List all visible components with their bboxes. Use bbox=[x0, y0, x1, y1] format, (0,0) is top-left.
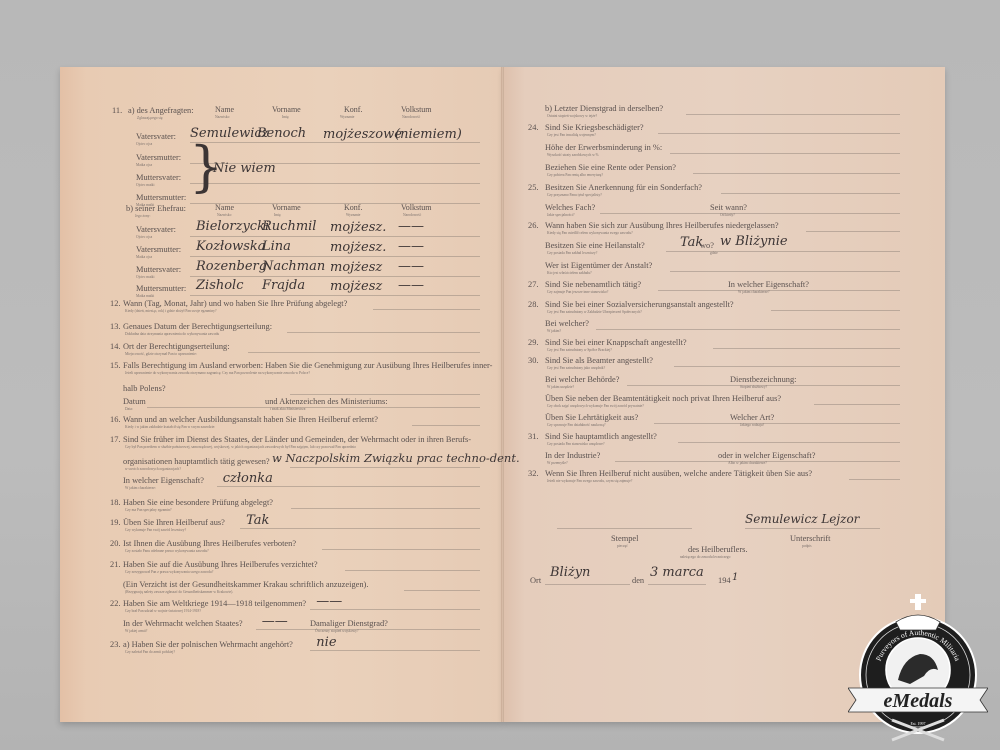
ancestor-label: Vatersmutter: bbox=[136, 154, 181, 162]
question-text: Haben Sie auf die Ausübung Ihres Heilber… bbox=[123, 561, 318, 569]
question-sub: Czy brał Pan udział w wojnie światowej 1… bbox=[125, 610, 201, 614]
question-text: Bei welcher Behörde? bbox=[545, 376, 619, 384]
ancestor-vorname: Benoch bbox=[257, 127, 306, 140]
fill-line[interactable] bbox=[678, 442, 900, 443]
question-answer: Tak bbox=[246, 514, 269, 527]
question-text-2: Dienstbezeichnung: bbox=[730, 376, 797, 384]
q11a-label: a) des Angefragten: bbox=[128, 107, 194, 115]
stamp-sub: pieczęć bbox=[617, 545, 628, 549]
question-sub-cont: w swoich zawodowych organizacjach? bbox=[125, 468, 181, 472]
fill-line[interactable] bbox=[248, 352, 480, 353]
stamp-line[interactable] bbox=[557, 528, 692, 529]
question-text-cont: organisationen hauptamtlich tätig gewese… bbox=[123, 458, 270, 466]
logo-brand: eMedals bbox=[884, 690, 953, 712]
wife-ancestor-name: Kozłowska bbox=[196, 240, 266, 253]
fill-line[interactable] bbox=[373, 309, 480, 310]
col-sub: Narodowość bbox=[403, 214, 421, 218]
fill-line[interactable] bbox=[658, 133, 900, 134]
col-vorname: Vorname bbox=[272, 106, 301, 114]
question-text: Beziehen Sie eine Rente oder Pension? bbox=[545, 164, 676, 172]
question-sub: Kiedy (dzień, miesiąc, rok) i gdzie złoż… bbox=[125, 310, 217, 314]
col-name-sub: Nazwisko bbox=[215, 116, 229, 120]
question-sub: Czy posiada Pan stanowisko urzędowe? bbox=[547, 443, 605, 447]
question-text: Ist Ihnen die Ausübung Ihres Heilberufes… bbox=[123, 540, 296, 548]
q11a-sub: Zglaszającego się bbox=[137, 117, 162, 121]
question-text-2: Welcher Art? bbox=[730, 414, 774, 422]
date-label: den bbox=[632, 577, 644, 585]
question-text: Genaues Datum der Berechtigungserteilung… bbox=[123, 323, 272, 331]
place-label: Ort bbox=[530, 577, 541, 585]
question-text-2: Damaliger Dienstgrad? bbox=[310, 620, 388, 628]
question-sub: Czy jest Pan zatrudniony w Spółce Bracki… bbox=[547, 349, 612, 353]
fill-line[interactable] bbox=[291, 508, 480, 509]
question-text: Ort der Berechtigungserteilung: bbox=[123, 343, 230, 351]
question-text: Haben Sie am Weltkriege 1914—1918 teilge… bbox=[123, 600, 306, 608]
question-sub-2: W jakim charakterze? bbox=[738, 291, 769, 295]
ancestor-sub: Ojciec matki bbox=[136, 184, 154, 188]
question-sub-2: Stopień służbowy? bbox=[740, 386, 767, 390]
fill-line[interactable] bbox=[658, 290, 900, 291]
question-answer: —— bbox=[262, 615, 288, 628]
question-sub-2: i znak akta Ministerstwa: bbox=[270, 408, 306, 412]
question-text: Wann haben Sie sich zur Ausübung Ihres H… bbox=[545, 222, 779, 230]
q11-number: 11. bbox=[112, 107, 122, 115]
fill-line[interactable] bbox=[771, 310, 900, 311]
col-header: Name bbox=[215, 204, 234, 212]
question-number: 24. bbox=[528, 124, 538, 132]
wife-ancestor-sub: Ojciec ojca bbox=[136, 236, 152, 240]
fill-line[interactable] bbox=[849, 479, 900, 480]
fill-line[interactable] bbox=[240, 528, 480, 529]
question-sub: Czy jest Pan zatrudniony jako urzędnik? bbox=[547, 367, 605, 371]
question-sub: Czy jest Pan inwalidą wojennym? bbox=[547, 134, 596, 138]
question-sub-2: gdzie bbox=[710, 252, 718, 256]
question-sub: Czy należał Pan do armii polskiej? bbox=[125, 651, 175, 655]
question-sub: Czy jest Pan zatrudniony w Zakładzie Ube… bbox=[547, 311, 642, 315]
question-text: Bei welcher? bbox=[545, 320, 589, 328]
fill-line[interactable] bbox=[670, 153, 900, 154]
question-text: Üben Sie Ihren Heilberuf aus? bbox=[123, 519, 225, 527]
question-sub: W jakim urzędzie? bbox=[547, 386, 574, 390]
question-text: Datum bbox=[123, 398, 146, 406]
wife-ancestor-volkstum: —— bbox=[398, 220, 424, 233]
question-text: Welches Fach? bbox=[545, 204, 595, 212]
question-text: Wer ist Eigentümer der Anstalt? bbox=[545, 262, 652, 270]
question-sub: Ostatni stopień wojskowy w tejże? bbox=[547, 115, 597, 119]
wife-ancestor-konf: mojżesz. bbox=[330, 221, 386, 234]
wife-ancestor-sub: Ojciec matki bbox=[136, 276, 154, 280]
question-sub: Czy pobiera Pan rentę albo emeryturę? bbox=[547, 174, 603, 178]
fill-line[interactable] bbox=[322, 549, 480, 550]
question-sub-2: Ówczesny stopień wojskowy? bbox=[315, 630, 359, 634]
fill-line[interactable] bbox=[310, 650, 480, 651]
question-number: 31. bbox=[528, 433, 538, 441]
question-number: 15. bbox=[110, 362, 120, 370]
question-number: 21. bbox=[110, 561, 120, 569]
question-text: Sind Sie bei einer Knappschaft angestell… bbox=[545, 339, 687, 347]
fill-line[interactable] bbox=[310, 609, 480, 610]
question-sub: Jeżeli uprawnienie do wykonywania zawodu… bbox=[125, 372, 310, 376]
question-sub: W przemyśle? bbox=[547, 462, 568, 466]
question-sub: Dokładna data otrzymania uprawnienia do … bbox=[125, 333, 219, 337]
question-sub: Czy obok zajęć urzędowych wykonuje Pan s… bbox=[547, 405, 644, 409]
question-sub: Czy zajmuje Pan jeszcze inne stanowisko? bbox=[547, 291, 608, 295]
wife-ancestor-konf: mojżesz bbox=[330, 280, 382, 293]
question-text: Sind Sie bei einer Sozialversicherungsan… bbox=[545, 301, 734, 309]
question-sub: Czy posiada Pan zakład leczniczy? bbox=[547, 252, 597, 256]
question-number: 22. bbox=[110, 600, 120, 608]
question-number: 14. bbox=[110, 343, 120, 351]
col-header: Konf. bbox=[344, 204, 362, 212]
wife-ancestor-vorname: Frajda bbox=[262, 279, 305, 292]
question-sub: Czy wykonuje Pan swój zawód leczniczy? bbox=[125, 529, 186, 533]
fill-line[interactable] bbox=[190, 295, 480, 296]
question-sub: Jakie specjalności? bbox=[547, 214, 574, 218]
wife-ancestor-konf: mojżesz bbox=[330, 261, 382, 274]
wife-ancestor-volkstum: —— bbox=[398, 279, 424, 292]
signature-label: Unterschrift bbox=[790, 535, 830, 543]
question-answer: członka bbox=[223, 472, 273, 485]
wife-ancestor-konf: mojżesz. bbox=[330, 241, 386, 254]
question-number: 12. bbox=[110, 300, 120, 308]
question-sub: Kiedy się Pan osiedlił celem wykonywania… bbox=[547, 232, 633, 236]
question-number: 32. bbox=[528, 470, 538, 478]
fill-line[interactable] bbox=[666, 251, 900, 252]
fill-line[interactable] bbox=[670, 271, 900, 272]
question-number: 30. bbox=[528, 357, 538, 365]
fill-line[interactable] bbox=[814, 404, 900, 405]
q11b-sub: Jego żony: bbox=[135, 215, 150, 219]
question-text-cont: halb Polens? bbox=[123, 385, 166, 393]
question-number: 28. bbox=[528, 301, 538, 309]
question-text: a) Haben Sie der polnischen Wehrmacht an… bbox=[123, 641, 293, 649]
question-text: Sind Sie als Beamter angestellt? bbox=[545, 357, 653, 365]
q11b-label: b) seiner Ehefrau: bbox=[126, 205, 186, 213]
col-sub: Nazwisko bbox=[217, 214, 231, 218]
question-sub-2: Albo w jakim charakterze? bbox=[728, 462, 767, 466]
question-text: Höhe der Erwerbsminderung in %: bbox=[545, 144, 662, 152]
question-number: 17. bbox=[110, 436, 120, 444]
fill-line[interactable] bbox=[674, 366, 900, 367]
question-sub: Czy zrezygnował Pan z prawa wykonywania … bbox=[125, 571, 213, 575]
wife-ancestor-vorname: Nachman bbox=[262, 260, 325, 273]
question-answer: —— bbox=[316, 595, 342, 608]
year-prefix: 194 bbox=[718, 577, 731, 585]
date-value: 3 marca bbox=[650, 566, 704, 579]
question-text: (Ein Verzicht ist der Gesundheitskammer … bbox=[123, 581, 368, 589]
col-header: Vorname bbox=[272, 204, 301, 212]
question-number: 29. bbox=[528, 339, 538, 347]
question-text-2: Seit wann? bbox=[710, 204, 747, 212]
question-sub-2: Od kiedy? bbox=[720, 214, 735, 218]
question-sub: Jeżeli nie wykonuje Pan swego zawodu, cz… bbox=[547, 480, 632, 484]
question-text-2: In welcher Eigenschaft? bbox=[728, 281, 809, 289]
fill-line[interactable] bbox=[721, 193, 900, 194]
question-sub: Czy zostało Panu odebrane prawo wykonywa… bbox=[125, 550, 209, 554]
wife-ancestor-volkstum: —— bbox=[398, 240, 424, 253]
question-text: In der Industrie? bbox=[545, 452, 600, 460]
question-text: Sind Sie Kriegsbeschädigter? bbox=[545, 124, 644, 132]
question-sub: Czy przyznano Panu tytuł specjalisty? bbox=[547, 194, 602, 198]
fill-line[interactable] bbox=[217, 486, 480, 487]
ancestor-label: Muttersmutter: bbox=[136, 194, 186, 202]
question-text: Besitzen Sie Anerkennung für ein Sonderf… bbox=[545, 184, 702, 192]
fill-line[interactable] bbox=[713, 348, 900, 349]
question-number: 26. bbox=[528, 222, 538, 230]
fill-line[interactable] bbox=[686, 114, 901, 115]
bracket-note: Nie wiem bbox=[213, 162, 276, 175]
question-number: 23. bbox=[110, 641, 120, 649]
fill-line[interactable] bbox=[287, 332, 480, 333]
question-number: 27. bbox=[528, 281, 538, 289]
question-text: Sind Sie hauptamtlich angestellt? bbox=[545, 433, 657, 441]
question-text: b) Letzter Dienstgrad in derselben? bbox=[545, 105, 663, 113]
wife-ancestor-label: Vatersmutter: bbox=[136, 246, 181, 254]
fill-line[interactable] bbox=[693, 173, 900, 174]
profession-label: des Heilberuflers. bbox=[688, 546, 748, 554]
question-text: In der Wehrmacht welchen Staates? bbox=[123, 620, 243, 628]
col-volkstum-sub: Narodowość bbox=[402, 116, 420, 120]
fill-line[interactable] bbox=[190, 142, 480, 143]
logo-est: Est. 1997 bbox=[910, 721, 925, 726]
question-text: In welcher Eigenschaft? bbox=[123, 477, 204, 485]
question-sub: Data: bbox=[125, 408, 133, 412]
emedals-logo: eMedals Est. 1997 Purveyors of Authentic… bbox=[848, 580, 988, 745]
fill-line[interactable] bbox=[190, 183, 480, 184]
wife-ancestor-volkstum: —— bbox=[398, 260, 424, 273]
fill-line[interactable] bbox=[190, 236, 480, 237]
question-text-2: und Aktenzeichen des Ministeriums: bbox=[265, 398, 388, 406]
ancestor-konf: mojżeszowe bbox=[323, 128, 402, 141]
wife-ancestor-label: Muttersmutter: bbox=[136, 285, 186, 293]
date-line[interactable] bbox=[648, 584, 706, 585]
ancestor-sub: Matka ojca bbox=[136, 164, 152, 168]
question-answer-2: w Bliżynie bbox=[720, 235, 788, 248]
wife-ancestor-label: Vatersvater: bbox=[136, 226, 176, 234]
wife-ancestor-vorname: Lina bbox=[262, 240, 291, 253]
question-text: Wenn Sie Ihren Heilberuf nicht ausüben, … bbox=[545, 470, 812, 478]
question-sub: W jakiej armii? bbox=[125, 630, 147, 634]
col-vorname-sub: Imię bbox=[282, 116, 289, 120]
fill-line[interactable] bbox=[596, 329, 900, 330]
book-spine bbox=[501, 67, 504, 722]
fill-line[interactable] bbox=[404, 590, 480, 591]
stamp-label: Stempel bbox=[611, 535, 638, 543]
question-sub: Miejscowość, gdzie otrzymał Pan to upraw… bbox=[125, 353, 197, 357]
wife-ancestor-vorname: Ruchmil bbox=[262, 220, 316, 233]
question-number: 16. bbox=[110, 416, 120, 424]
question-sub: Czy ma Pan specjalny egzamin? bbox=[125, 509, 172, 513]
question-text: Sind Sie nebenamtlich tätig? bbox=[545, 281, 641, 289]
question-sub: Czy sprawuje Pan działalność naukową? bbox=[547, 424, 605, 428]
signature-line[interactable] bbox=[745, 528, 880, 529]
question-sub: (Rezygnację należy zawsze zgłaszać do Ge… bbox=[125, 591, 233, 595]
col-name: Name bbox=[215, 106, 234, 114]
question-number: 20. bbox=[110, 540, 120, 548]
col-konf-sub: Wyznanie bbox=[340, 116, 354, 120]
fill-line[interactable] bbox=[654, 423, 900, 424]
question-number: 25. bbox=[528, 184, 538, 192]
col-konf: Konf. bbox=[344, 106, 362, 114]
fill-line[interactable] bbox=[256, 629, 480, 630]
question-sub: W jakim charakterze: bbox=[125, 487, 156, 491]
place-line[interactable] bbox=[545, 584, 630, 585]
wife-ancestor-label: Muttersvater: bbox=[136, 266, 181, 274]
question-sub: Czy był Pan przedtem w służbie państwowe… bbox=[125, 446, 356, 450]
fill-line[interactable] bbox=[600, 213, 900, 214]
fill-line[interactable] bbox=[147, 407, 481, 408]
question-text-2: wo? bbox=[700, 242, 714, 250]
col-volkstum: Volkstum bbox=[401, 106, 432, 114]
fill-line[interactable] bbox=[190, 276, 480, 277]
ancestor-sub: Ojciec ojca bbox=[136, 143, 152, 147]
wife-ancestor-name: Zisholc bbox=[196, 279, 244, 292]
question-text: Haben Sie eine besondere Prüfung abgeleg… bbox=[123, 499, 273, 507]
question-text: Wann (Tag, Monat, Jahr) und wo haben Sie… bbox=[123, 300, 347, 308]
question-text: Besitzen Sie eine Heilanstalt? bbox=[545, 242, 645, 250]
question-text: Wann und an welcher Ausbildungsanstalt h… bbox=[123, 416, 378, 424]
ancestor-label: Vatersvater: bbox=[136, 133, 176, 141]
ancestor-label: Muttersvater: bbox=[136, 174, 181, 182]
fill-line[interactable] bbox=[190, 256, 480, 257]
question-text: Falls Berechtigung im Ausland erworben: … bbox=[123, 362, 492, 370]
question-sub: Kiedy i w jakim zakładzie kształcił się … bbox=[125, 426, 215, 430]
question-answer: nie bbox=[316, 636, 336, 649]
wife-ancestor-sub: Matka ojca bbox=[136, 256, 152, 260]
signature-sub: podpis bbox=[802, 545, 812, 549]
question-text: Üben Sie Lehrtätigkeit aus? bbox=[545, 414, 638, 422]
question-number: 13. bbox=[110, 323, 120, 331]
fill-line[interactable] bbox=[412, 425, 480, 426]
year-suffix: 1 bbox=[732, 573, 738, 583]
wife-ancestor-name: Bielorzycki bbox=[196, 220, 269, 233]
fill-line[interactable] bbox=[290, 467, 480, 468]
question-text: Sind Sie früher im Dienst des Staates, d… bbox=[123, 436, 471, 444]
wife-ancestor-name: Rozenberg bbox=[196, 260, 267, 273]
question-sub: Kto jest właścicielem zakładu? bbox=[547, 272, 592, 276]
profession-sub: należącego do zawodu leczniczego bbox=[680, 556, 730, 560]
question-text: Üben Sie neben der Beamtentätigkeit noch… bbox=[545, 395, 781, 403]
question-sub: W jakim? bbox=[547, 330, 561, 334]
signature-value: Semulewicz Lejzor bbox=[745, 513, 859, 525]
fill-line[interactable] bbox=[345, 570, 480, 571]
fill-line[interactable] bbox=[806, 231, 900, 232]
question-text-2: oder in welcher Eigenschaft? bbox=[718, 452, 815, 460]
place-value: Bliżyn bbox=[550, 566, 590, 579]
fill-line[interactable] bbox=[290, 394, 480, 395]
question-answer: w Naczpolskim Związku prac techno-dent. bbox=[272, 453, 520, 465]
col-sub: Wyznanie bbox=[346, 214, 360, 218]
question-sub: Wysokość utraty zarobkowych w % bbox=[547, 154, 599, 158]
question-sub-2: Jakiego rodzaju? bbox=[740, 424, 764, 428]
question-number: 18. bbox=[110, 499, 120, 507]
ancestor-volkstum: (niemiem) bbox=[395, 128, 462, 141]
col-sub: Imię bbox=[274, 214, 281, 218]
question-number: 19. bbox=[110, 519, 120, 527]
col-header: Volkstum bbox=[401, 204, 432, 212]
